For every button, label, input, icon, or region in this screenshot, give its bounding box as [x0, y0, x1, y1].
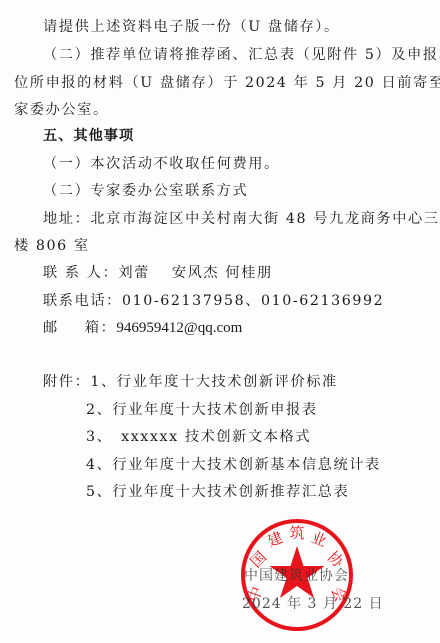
contact-person-row: 联 系 人：刘蕾 安风杰 何桂朋	[43, 264, 273, 282]
address-line1: 地址：北京市海淀区中关村南大街 48 号九龙商务中心三号	[43, 210, 440, 228]
email-label-part1: 邮	[43, 320, 59, 336]
email-value[interactable]: 946959412@qq.com	[116, 320, 242, 336]
phone-label: 联系电话：	[43, 293, 122, 309]
attachments-row-1: 附件：1、行业年度十大技术创新评价标准	[43, 373, 338, 391]
email-row: 邮箱：946959412@qq.com	[43, 319, 242, 337]
phone-row: 联系电话：010-62137958、010-62136992	[43, 292, 384, 310]
contact-person-label: 联 系 人：	[43, 265, 118, 281]
signature-date: 2024 年 3 月 22 日	[242, 595, 384, 613]
signature-organization: 中国建筑业协会	[244, 567, 349, 585]
attachment-item: 1、行业年度十大技术创新评价标准	[90, 374, 337, 390]
paragraph-submission-line3: 家委办公室。	[14, 101, 109, 119]
contact-person-value: 刘蕾 安风杰 何桂朋	[118, 265, 272, 281]
item-contact-info-heading: （二）专家委办公室联系方式	[43, 182, 248, 200]
paragraph-submission-line1: （二）推荐单位请将推荐函、汇总表（见附件 5）及申报单	[43, 46, 440, 64]
address-line2: 楼 806 室	[14, 237, 90, 255]
attachment-item: 5、行业年度十大技术创新推荐汇总表	[86, 483, 349, 501]
paragraph-materials-note: 请提供上述资料电子版一份（U 盘储存）。	[43, 18, 340, 36]
item-no-fees: （一）本次活动不收取任何费用。	[43, 155, 280, 173]
stamp-char: 业	[309, 528, 330, 550]
phone-value: 010-62137958、010-62136992	[122, 293, 384, 309]
attachment-item: 2、行业年度十大技术创新申报表	[86, 401, 318, 419]
document-page: 请提供上述资料电子版一份（U 盘储存）。 （二）推荐单位请将推荐函、汇总表（见附…	[0, 0, 440, 643]
section-heading-other-matters: 五、其他事项	[43, 127, 134, 145]
attachments-label: 附件：	[43, 374, 90, 390]
email-label-part2: 箱：	[85, 320, 117, 336]
attachment-item: 3、 xxxxxx 技术创新文本格式	[86, 428, 311, 446]
paragraph-submission-line2: 位所申报的材料（U 盘储存）于 2024 年 5 月 20 日前寄至我会专	[14, 74, 440, 92]
stamp-char: 筑	[289, 524, 304, 542]
attachment-item: 4、行业年度十大技术创新基本信息统计表	[86, 456, 381, 474]
stamp-char: 建	[265, 528, 286, 550]
